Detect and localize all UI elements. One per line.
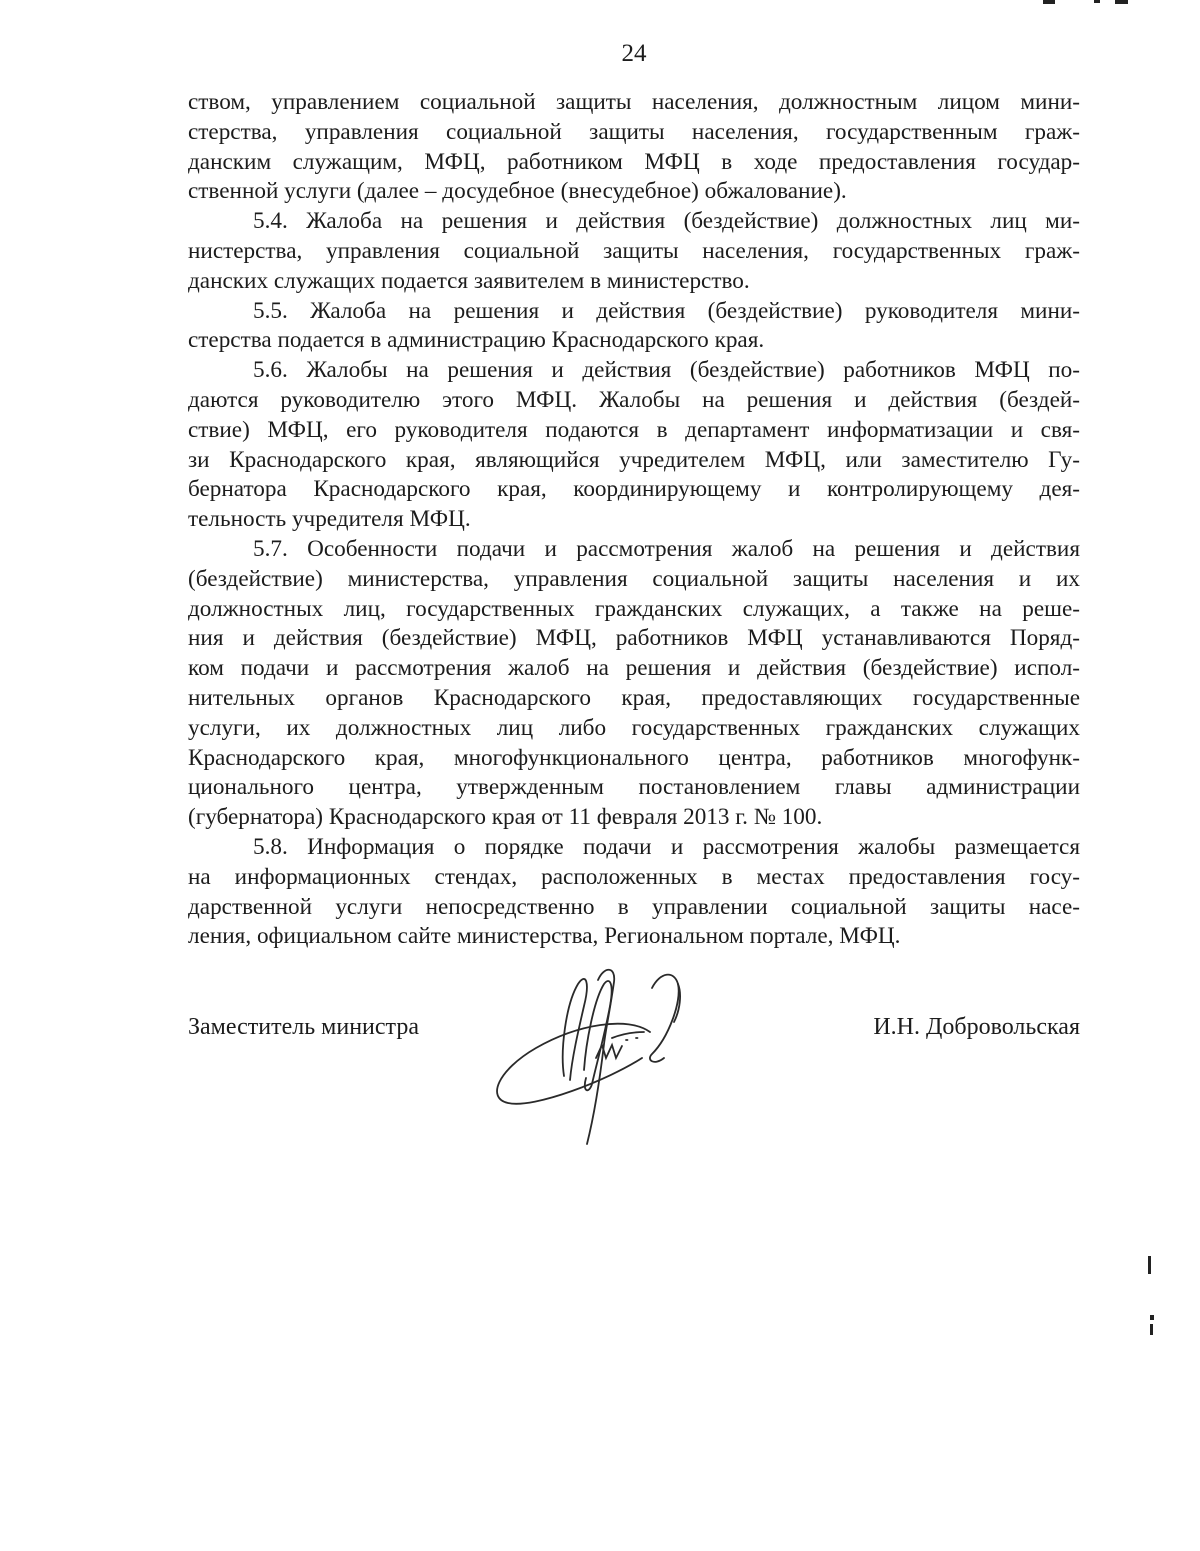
text-line: данских служащих подается заявителем в м… (188, 267, 1080, 297)
signatory-name: И.Н. Добровольская (188, 1014, 1080, 1041)
scan-artifact (1150, 1324, 1153, 1335)
text-line: ния и действия (бездействие) МФЦ, работн… (188, 624, 1080, 654)
text-line: 5.4. Жалоба на решения и действия (безде… (188, 207, 1080, 237)
text-line: ком подачи и рассмотрения жалоб на решен… (188, 654, 1080, 684)
text-line: стерства подается в администрацию Красно… (188, 326, 1080, 356)
text-line: нистерства, управления социальной защиты… (188, 237, 1080, 267)
text-line: ственной услуги (далее – досудебное (вне… (188, 177, 1080, 207)
text-line: ционального центра, утвержденным постано… (188, 773, 1080, 803)
text-line: зи Краснодарского края, являющийся учред… (188, 446, 1080, 476)
text-line: 5.8. Информация о порядке подачи и рассм… (188, 833, 1080, 863)
scan-artifact (1148, 1256, 1151, 1274)
text-line: услуги, их должностных лиц либо государс… (188, 714, 1080, 744)
text-line: 5.7. Особенности подачи и рассмотрения ж… (188, 535, 1080, 565)
text-line: 5.5. Жалоба на решения и действия (безде… (188, 297, 1080, 327)
text-line: стерства, управления социальной защиты н… (188, 118, 1080, 148)
text-line: (бездействие) министерства, управления с… (188, 565, 1080, 595)
document-page: 24 ством, управлением социальной защиты … (0, 0, 1200, 1551)
text-line: данским служащим, МФЦ, работником МФЦ в … (188, 148, 1080, 178)
text-line: (губернатора) Краснодарского края от 11 … (188, 803, 1080, 833)
text-line: должностных лиц, государственных граждан… (188, 595, 1080, 625)
scan-artifact (1043, 0, 1055, 4)
text-line: ствие) МФЦ, его руководителя подаются в … (188, 416, 1080, 446)
handwritten-signature (468, 958, 712, 1162)
text-line: дарственной услуги непосредственно в упр… (188, 893, 1080, 923)
text-line: нительных органов Краснодарского края, п… (188, 684, 1080, 714)
text-line: на информационных стендах, расположенных… (188, 863, 1080, 893)
body-text: ством, управлением социальной защиты нас… (188, 88, 1080, 952)
scan-artifact (1150, 1315, 1154, 1320)
text-line: ления, официальном сайте министерства, Р… (188, 922, 1080, 952)
text-line: тельность учредителя МФЦ. (188, 505, 1080, 535)
page-number: 24 (188, 40, 1080, 68)
text-line: ством, управлением социальной защиты нас… (188, 88, 1080, 118)
text-line: бернатора Краснодарского края, координир… (188, 475, 1080, 505)
text-line: 5.6. Жалобы на решения и действия (безде… (188, 356, 1080, 386)
text-line: даются руководителю этого МФЦ. Жалобы на… (188, 386, 1080, 416)
scan-artifact (1094, 0, 1100, 3)
text-line: Краснодарского края, многофункциональног… (188, 744, 1080, 774)
scan-artifact (1115, 0, 1128, 4)
